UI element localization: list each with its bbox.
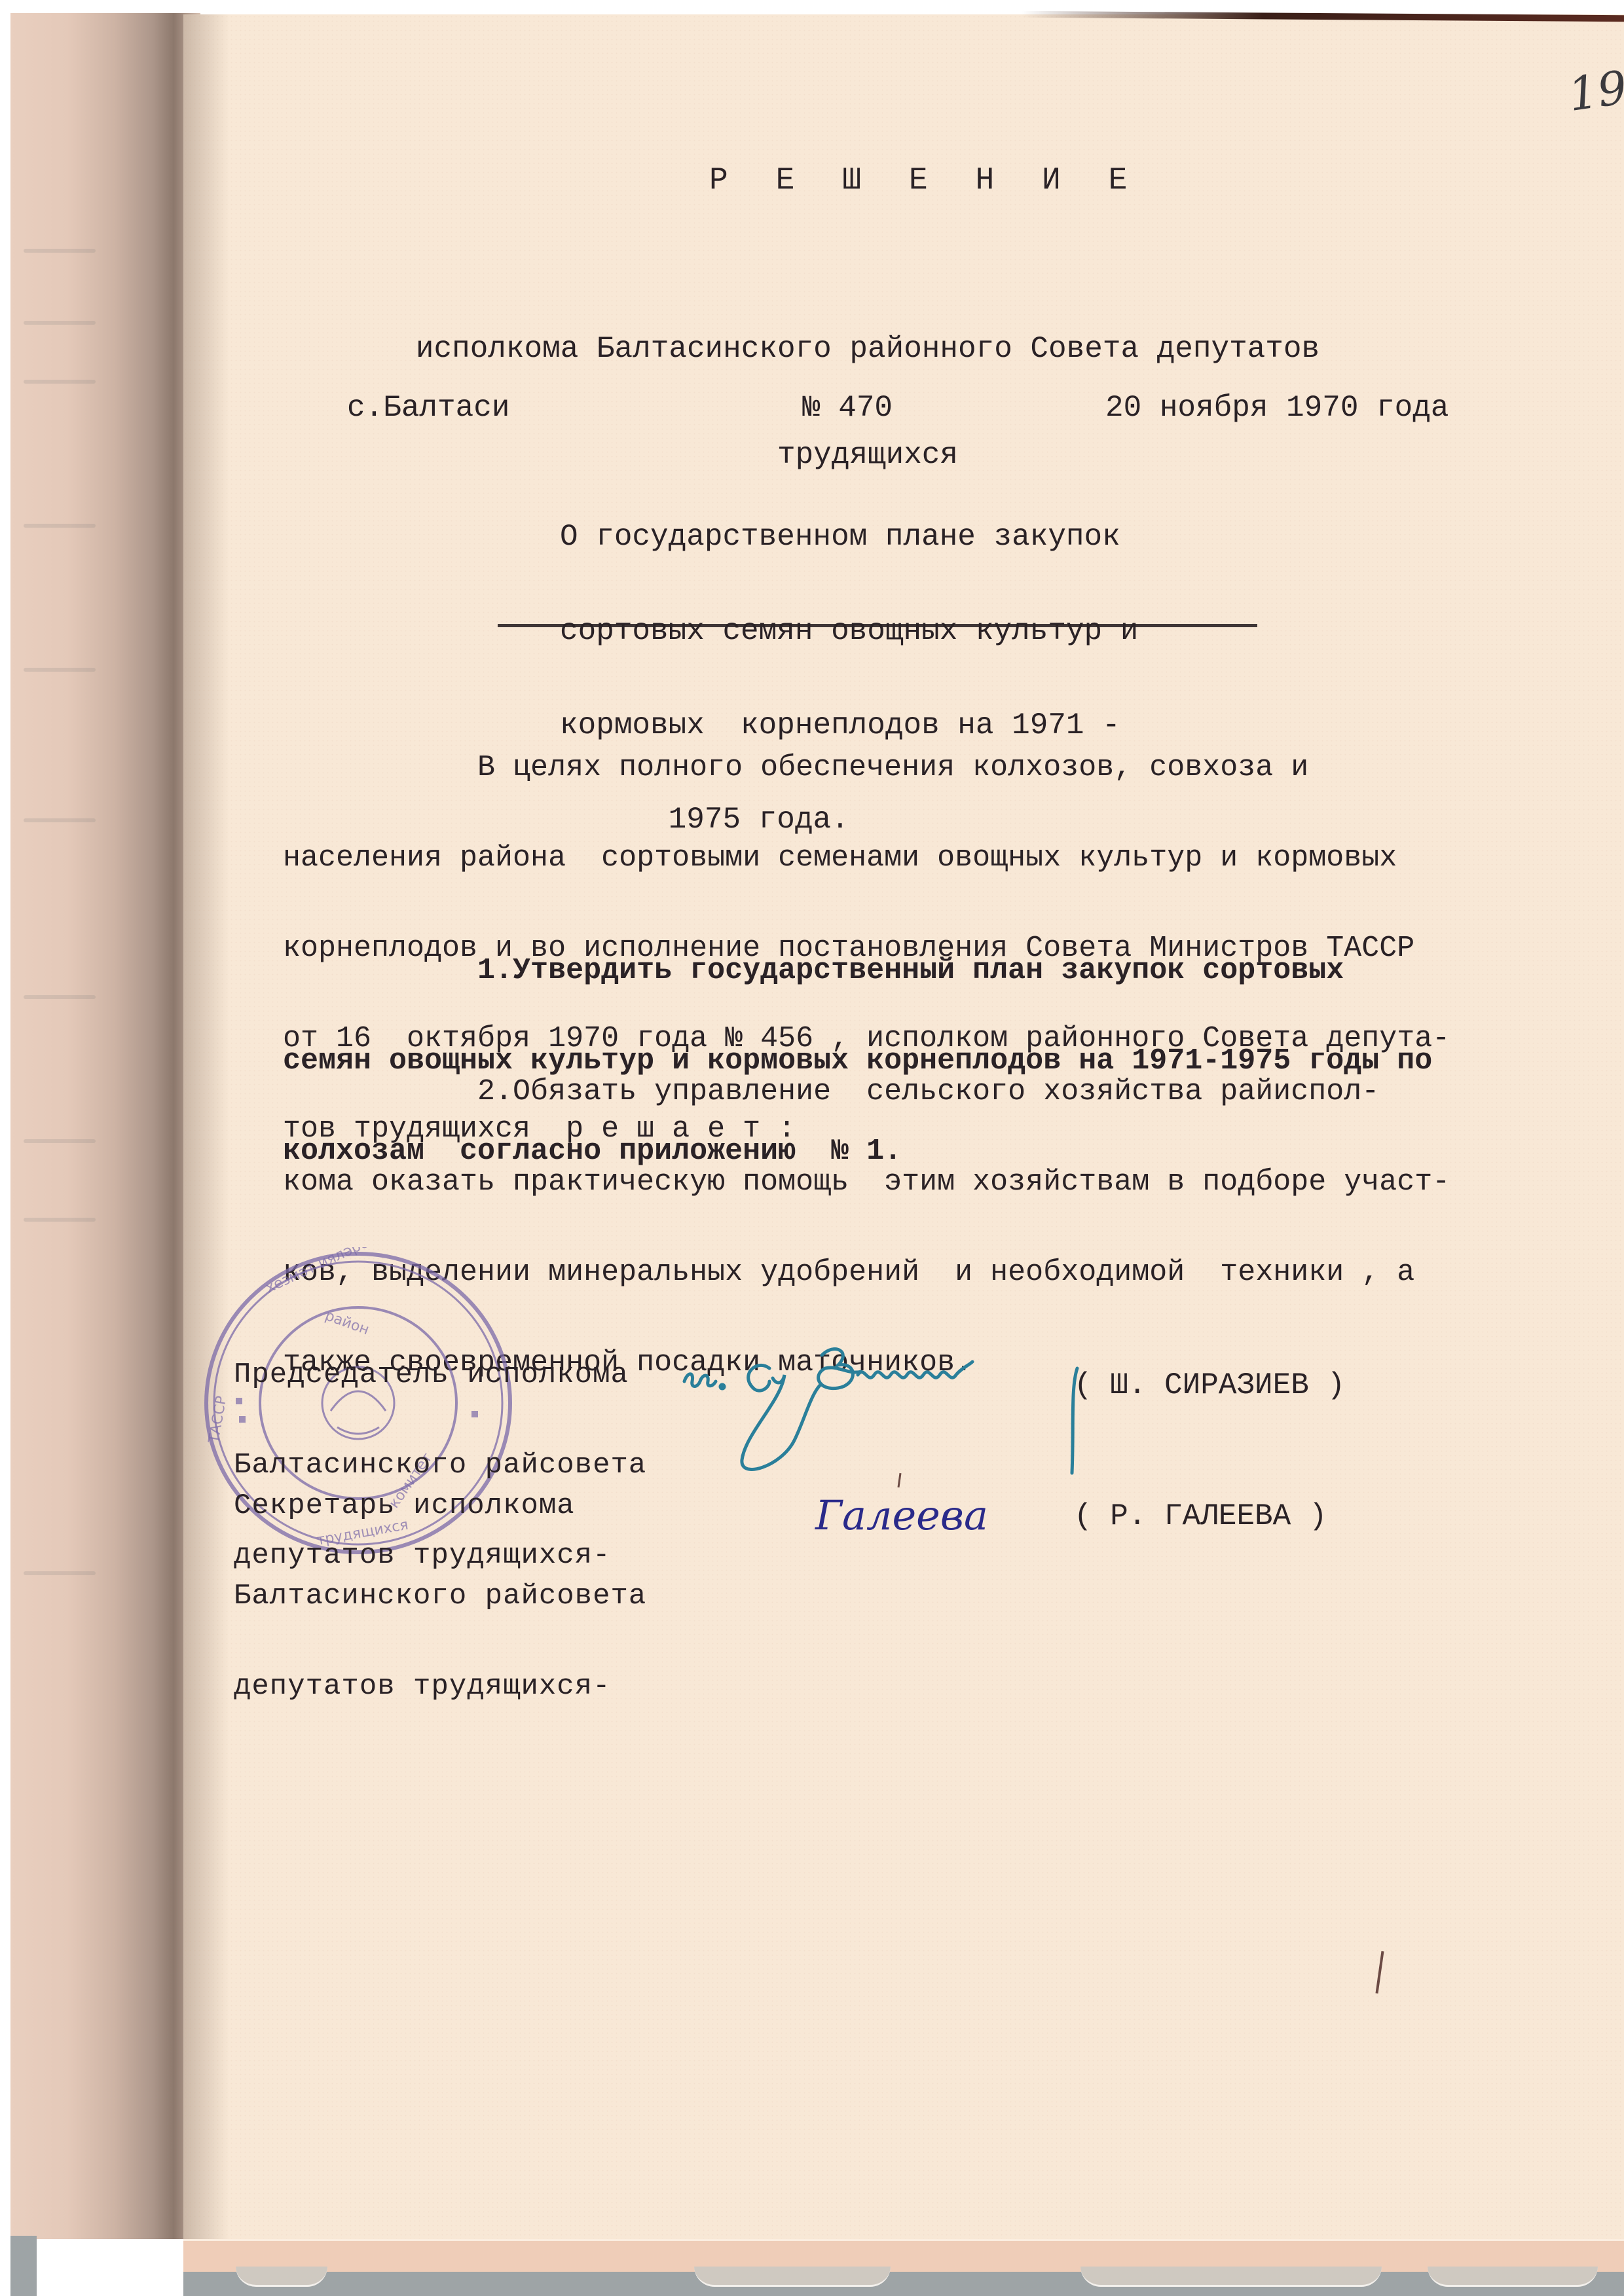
signatory-chairman-name: ( Ш. СИРАЗИЕВ ) — [1074, 1370, 1345, 1400]
paper-tear — [694, 2267, 891, 2287]
subject-line: О государственном плане закупок — [560, 521, 1138, 553]
position-line: депутатов трудящихся- — [234, 1671, 646, 1702]
issuer-line: исполкома Балтасинского районного Совета… — [370, 331, 1365, 367]
text-line: населения района сортовыми семенами овощ… — [283, 843, 1450, 873]
signature-chairman-icon — [671, 1342, 1090, 1480]
decision-date: 20 ноября 1970 года — [1105, 393, 1449, 423]
scanner-bed — [183, 2272, 1624, 2296]
place: с.Балтаси — [347, 393, 509, 423]
separator-rule — [498, 624, 1257, 627]
text-line: В целях полного обеспечения колхозов, со… — [283, 753, 1450, 783]
paper-tear — [1080, 2267, 1382, 2287]
signatory-secretary-position: Секретарь исполкома Балтасинского райсов… — [234, 1430, 646, 1762]
subject-line: сортовых семян овощных культур и — [560, 615, 1138, 647]
document-title: Р Е Ш Е Н И Е — [709, 165, 1141, 196]
position-line: Секретарь исполкома — [234, 1491, 646, 1521]
paper-tear — [236, 2267, 327, 2287]
paper-tear — [1428, 2267, 1598, 2287]
signature-secretary: Галеева — [815, 1483, 1064, 1548]
binding-bottom — [10, 2236, 37, 2296]
signatory-secretary-name: ( Р. ГАЛЕЕВА ) — [1074, 1501, 1327, 1531]
position-line: Балтасинского райсовета — [234, 1581, 646, 1611]
text-line: 2.Обязать управление сельского хозяйства… — [283, 1077, 1450, 1107]
svg-text:хезмәт ияләре: хезмәт ияләре — [263, 1247, 371, 1296]
position-line: Председатель исполкома — [234, 1360, 646, 1390]
text-line: 1.Утвердить государственный план закупок… — [283, 956, 1432, 986]
scanned-page: 198 Р Е Ш Е Н И Е исполкома Балтасинског… — [0, 0, 1624, 2296]
decision-number: № 470 — [802, 393, 893, 423]
binding-edge — [10, 13, 200, 2239]
svg-text:ТАССР: ТАССР — [206, 1394, 230, 1445]
text-line: кома оказать практическую помощь этим хо… — [283, 1167, 1450, 1197]
